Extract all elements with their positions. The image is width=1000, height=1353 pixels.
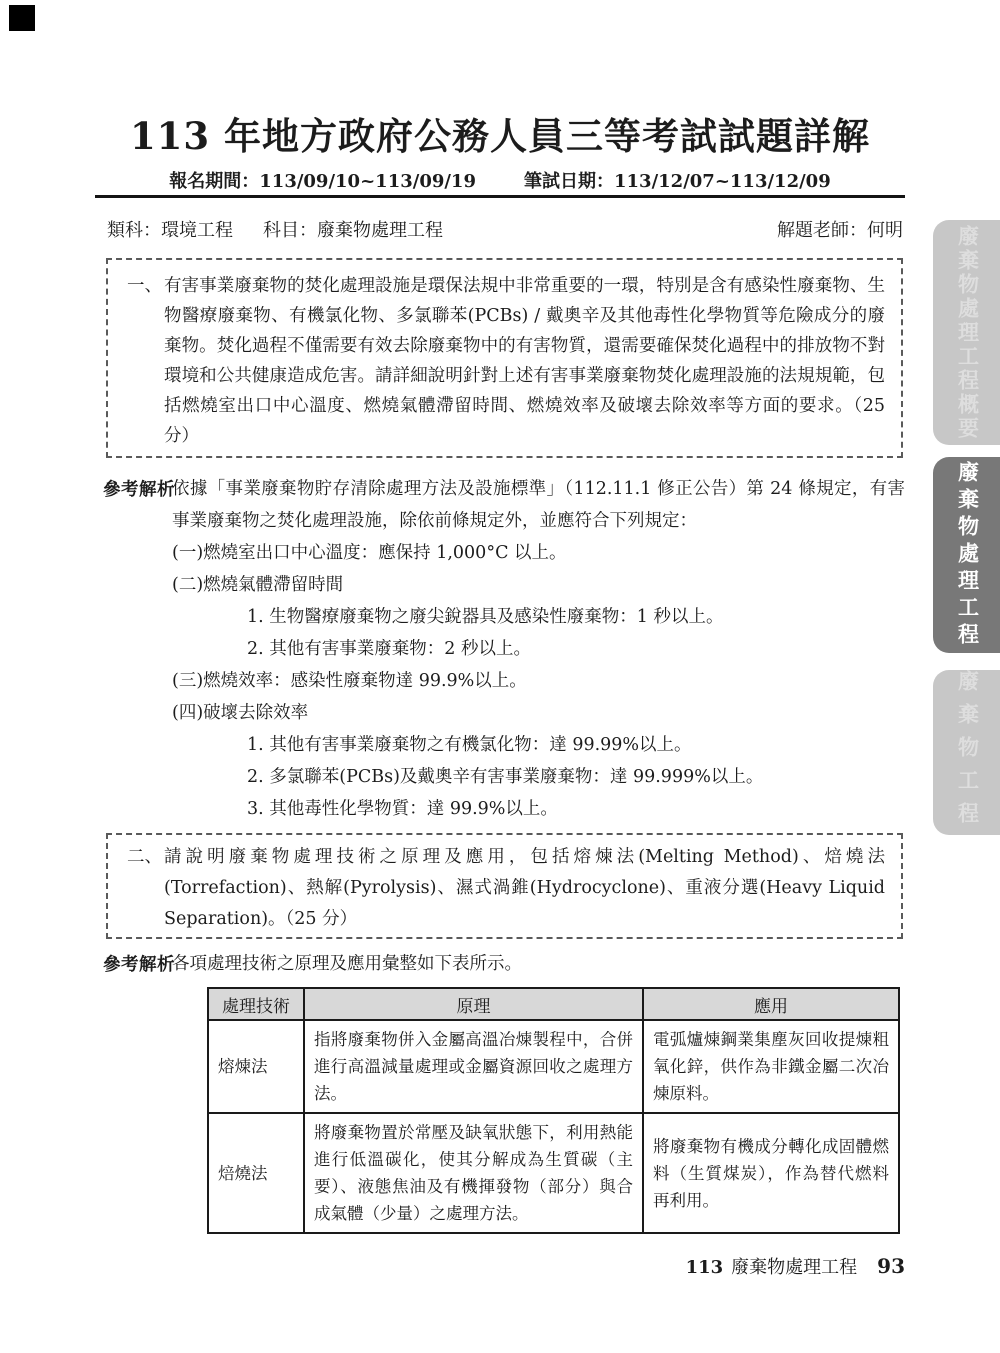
table-header-technology: 處理技術 [208,988,304,1020]
exam-teacher: 解題老師：何明 [777,216,903,242]
table-cell-principle: 指將廢棄物併入金屬高溫冶煉製程中，合併進行高溫減量處理或金屬資源回收之處理方法。 [304,1020,643,1113]
page-title: 113 年地方政府公務人員三等考試試題詳解 [95,106,905,160]
analysis-1-label: 參考解析 [103,476,175,501]
table-cell-application: 電弧爐煉鋼業集塵灰回收提煉粗氧化鋅，供作為非鐵金屬二次冶煉原料。 [643,1020,899,1113]
question-2: 二、 請說明廢棄物處理技術之原理及應用，包括熔煉法(Melting Method… [108,835,901,935]
analysis-1-body: 依據「事業廢棄物貯存清除處理方法及設施標準」（112.11.1 修正公告）第 2… [172,473,905,825]
table-header-row: 處理技術 原理 應用 [208,988,899,1020]
analysis-item: 1. 生物醫療廢棄物之廢尖銳器具及感染性廢棄物：1 秒以上。 [172,601,905,633]
analysis-item: 2. 其他有害事業廢棄物：2 秒以上。 [172,633,905,665]
analysis-item: 1. 其他有害事業廢棄物之有機氯化物：達 99.99%以上。 [172,729,905,761]
written-exam-date: 筆試日期：113/12/07~113/12/09 [524,167,831,193]
table-header-principle: 原理 [304,988,643,1020]
sidebar-tab-waste-treatment-engineering: 廢棄物處理工程 [933,457,1000,653]
exam-meta-left: 類科：環境工程 科目：廢棄物處理工程 [107,216,443,242]
question-1-number: 一、 [127,271,162,301]
footer-subject: 廢棄物處理工程 [731,1257,857,1278]
footer-page-number: 93 [877,1254,905,1278]
analysis-item: (四)破壞去除效率 [172,697,905,729]
sidebar-tab-waste-engineering: 廢棄物工程 [933,670,1000,835]
question-2-number: 二、 [127,842,162,873]
question-2-box: 二、 請說明廢棄物處理技術之原理及應用，包括熔煉法(Melting Method… [106,833,903,939]
analysis-2-intro: 各項處理技術之原理及應用彙整如下表所示。 [172,948,905,980]
analysis-item: 2. 多氯聯苯(PCBs)及戴奧辛有害事業廢棄物：達 99.999%以上。 [172,761,905,793]
analysis-1-section: 參考解析 依據「事業廢棄物貯存清除處理方法及設施標準」（112.11.1 修正公… [103,473,905,825]
table-cell-technology: 熔煉法 [208,1020,304,1113]
treatment-technology-table: 處理技術 原理 應用 熔煉法 指將廢棄物併入金屬高溫冶煉製程中，合併進行高溫減量… [207,987,900,1234]
exam-category: 類科：環境工程 [107,216,233,242]
table-header-application: 應用 [643,988,899,1020]
table-cell-principle: 將廢棄物置於常壓及缺氧狀態下，利用熱能進行低溫碳化，使其分解成為生質碳（主要）、… [304,1113,643,1233]
exam-dates: 報名期間：113/09/10~113/09/19 筆試日期：113/12/07~… [95,167,905,193]
analysis-2-label: 參考解析 [103,951,175,976]
question-1-text: 有害事業廢棄物的焚化處理設施是環保法規中非常重要的一環，特別是含有感染性廢棄物、… [164,276,885,446]
sidebar-tab-waste-treatment-engineering-outline: 廢棄物處理工程概要 [933,220,1000,445]
analysis-2-body: 各項處理技術之原理及應用彙整如下表所示。 [172,948,905,980]
footer-edition: 113 [686,1257,724,1278]
print-corner-mark [9,5,35,31]
page-footer: 113廢棄物處理工程93 [95,1253,905,1279]
question-1: 一、 有害事業廢棄物的焚化處理設施是環保法規中非常重要的一環，特別是含有感染性廢… [108,260,901,451]
exam-solution-page: 113 年地方政府公務人員三等考試試題詳解 報名期間：113/09/10~113… [0,0,1000,1353]
analysis-item: 3. 其他毒性化學物質：達 99.9%以上。 [172,793,905,825]
question-2-text: 請說明廢棄物處理技術之原理及應用，包括熔煉法(Melting Method)、焙… [164,847,885,929]
exam-meta-row: 類科：環境工程 科目：廢棄物處理工程 解題老師：何明 [107,216,903,242]
table-row: 熔煉法 指將廢棄物併入金屬高溫冶煉製程中，合併進行高溫減量處理或金屬資源回收之處… [208,1020,899,1113]
analysis-2-section: 參考解析 各項處理技術之原理及應用彙整如下表所示。 [103,948,905,980]
analysis-item: (一)燃燒室出口中心溫度：應保持 1,000°C 以上。 [172,537,905,569]
question-1-box: 一、 有害事業廢棄物的焚化處理設施是環保法規中非常重要的一環，特別是含有感染性廢… [106,258,903,458]
exam-subject: 科目：廢棄物處理工程 [263,216,443,242]
analysis-item: (三)燃燒效率：感染性廢棄物達 99.9%以上。 [172,665,905,697]
analysis-item: (二)燃燒氣體滯留時間 [172,569,905,601]
analysis-1-intro: 依據「事業廢棄物貯存清除處理方法及設施標準」（112.11.1 修正公告）第 2… [172,473,905,537]
table-cell-technology: 焙燒法 [208,1113,304,1233]
header-divider [95,195,905,198]
table-row: 焙燒法 將廢棄物置於常壓及缺氧狀態下，利用熱能進行低溫碳化，使其分解成為生質碳（… [208,1113,899,1233]
registration-period: 報名期間：113/09/10~113/09/19 [169,167,476,193]
table-cell-application: 將廢棄物有機成分轉化成固體燃料（生質煤炭），作為替代燃料再利用。 [643,1113,899,1233]
